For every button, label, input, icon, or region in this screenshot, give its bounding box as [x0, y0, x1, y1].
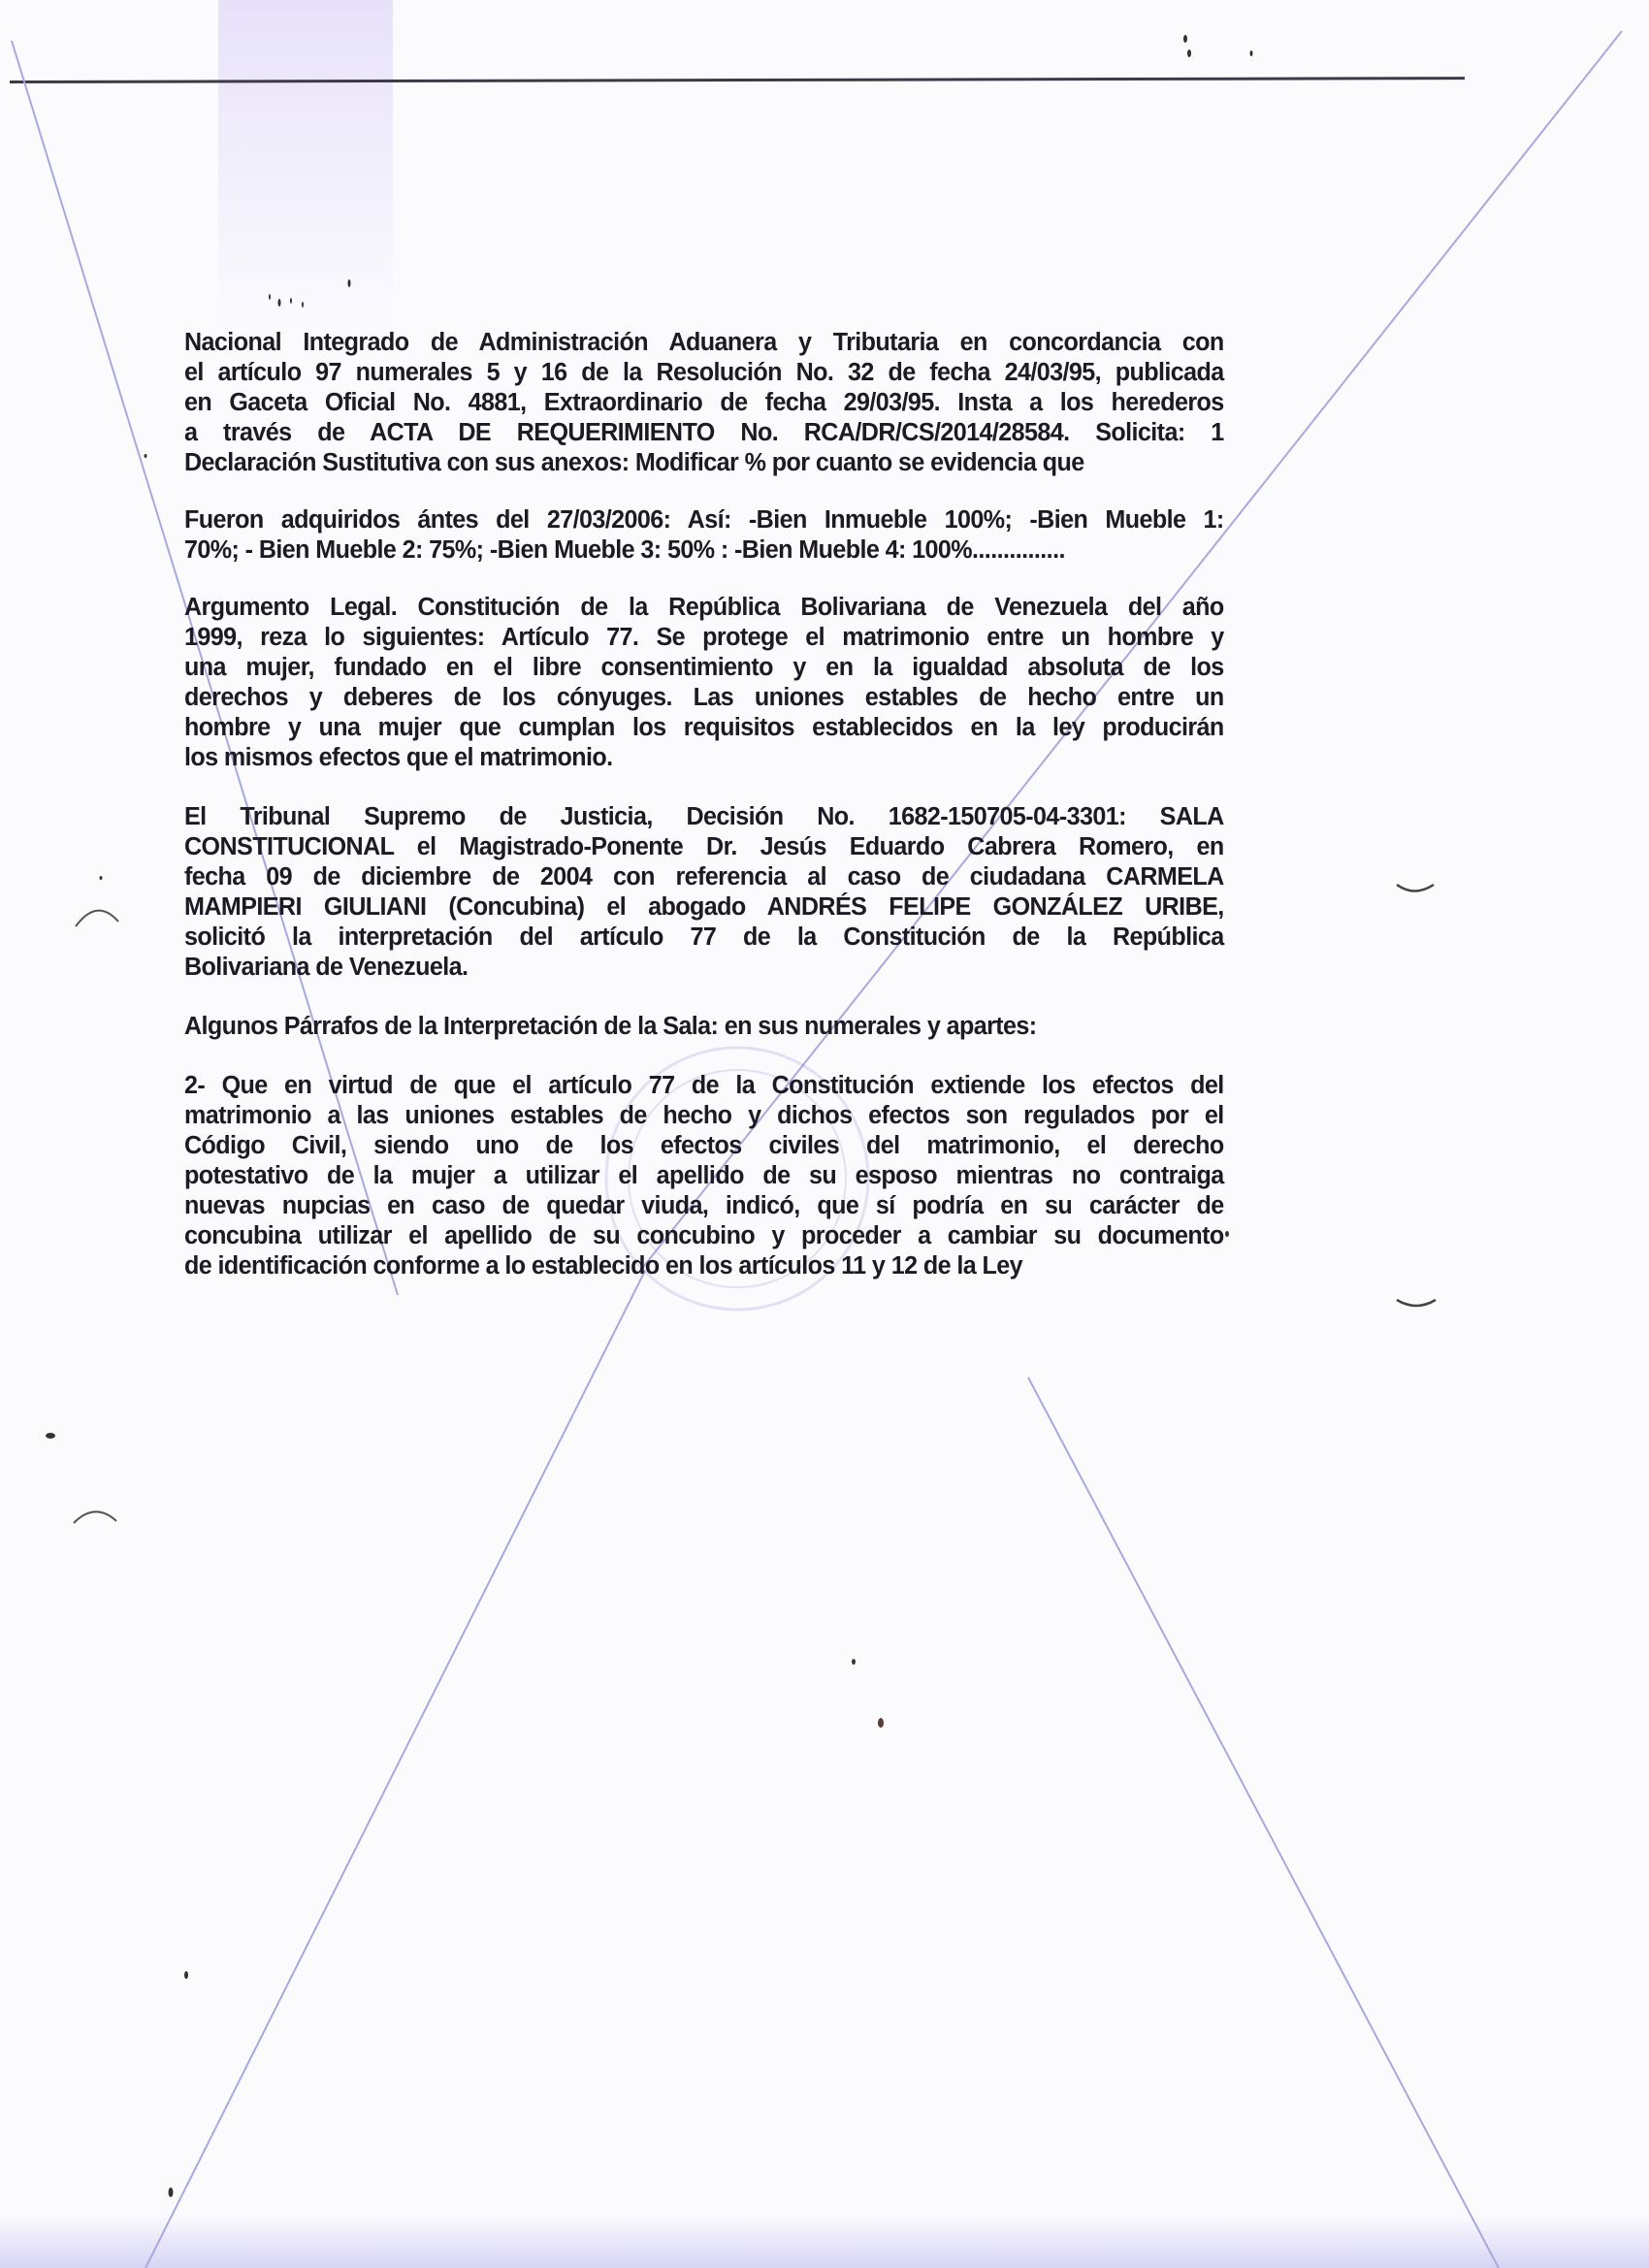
text-line: a través de ACTA DE REQUERIMIENTO No. RC… — [184, 418, 1224, 448]
text-line: Argumento Legal. Constitución de la Repú… — [184, 593, 1224, 623]
text-line: el artículo 97 numerales 5 y 16 de la Re… — [184, 358, 1224, 388]
cross-line-left-lower — [145, 1271, 645, 2268]
text-line: Fueron adquiridos ántes del 27/03/2006: … — [184, 505, 1224, 535]
text-line: fecha 09 de diciembre de 2004 con refere… — [184, 862, 1224, 892]
text-line: concubina utilizar el apellido de su con… — [184, 1221, 1224, 1251]
punch-hole-arc-left-2 — [74, 1511, 116, 1523]
punch-hole-arc-left-1 — [76, 911, 118, 926]
text-line: 70%; - Bien Mueble 2: 75%; -Bien Mueble … — [184, 535, 1224, 566]
text-line: los mismos efectos que el matrimonio. — [184, 743, 1224, 773]
punch-hole-arc-right-1 — [1397, 885, 1434, 891]
text-line: en Gaceta Oficial No. 4881, Extraordinar… — [184, 388, 1224, 418]
text-line: solicitó la interpretación del artículo … — [184, 923, 1224, 953]
paragraphs-heading: Algunos Párrafos de la Interpretación de… — [184, 1012, 1224, 1042]
paragraph-numeral-2: 2- Que en virtud de que el artículo 77 d… — [184, 1071, 1224, 1281]
text-line: 1999, reza lo siguientes: Artículo 77. S… — [184, 623, 1224, 653]
text-line: nuevas nupcias en caso de quedar viuda, … — [184, 1191, 1224, 1221]
text-line: Código Civil, siendo uno de los efectos … — [184, 1131, 1224, 1161]
paragraph-legal-argument: Argumento Legal. Constitución de la Repú… — [184, 593, 1224, 773]
paragraph-acquisition: Fueron adquiridos ántes del 27/03/2006: … — [184, 505, 1224, 566]
text-line: CONSTITUCIONAL el Magistrado-Ponente Dr.… — [184, 832, 1224, 862]
punch-hole-arc-right-2 — [1397, 1300, 1436, 1306]
text-line: Nacional Integrado de Administración Adu… — [184, 328, 1224, 358]
cross-line-right-lower — [1028, 1377, 1499, 2268]
text-line: de identificación conforme a lo establec… — [184, 1251, 1224, 1281]
text-line: MAMPIERI GIULIANI (Concubina) el abogado… — [184, 892, 1224, 923]
text-line: Algunos Párrafos de la Interpretación de… — [184, 1012, 1224, 1042]
paragraph-tribunal: El Tribunal Supremo de Justicia, Decisió… — [184, 802, 1224, 983]
text-line: El Tribunal Supremo de Justicia, Decisió… — [184, 802, 1224, 832]
text-line: una mujer, fundado en el libre consentim… — [184, 653, 1224, 683]
document-body: Nacional Integrado de Administración Adu… — [184, 328, 1224, 1281]
text-line: potestativo de la mujer a utilizar el ap… — [184, 1161, 1224, 1191]
text-line: 2- Que en virtud de que el artículo 77 d… — [184, 1071, 1224, 1101]
paragraph-intro: Nacional Integrado de Administración Adu… — [184, 328, 1224, 478]
text-line: derechos y deberes de los cónyuges. Las … — [184, 683, 1224, 713]
text-line: matrimonio a las uniones estables de hec… — [184, 1101, 1224, 1131]
text-line: Bolivariana de Venezuela. — [184, 953, 1224, 983]
text-line: hombre y una mujer que cumplan los requi… — [184, 713, 1224, 743]
text-line: Declaración Sustitutiva con sus anexos: … — [184, 448, 1224, 478]
